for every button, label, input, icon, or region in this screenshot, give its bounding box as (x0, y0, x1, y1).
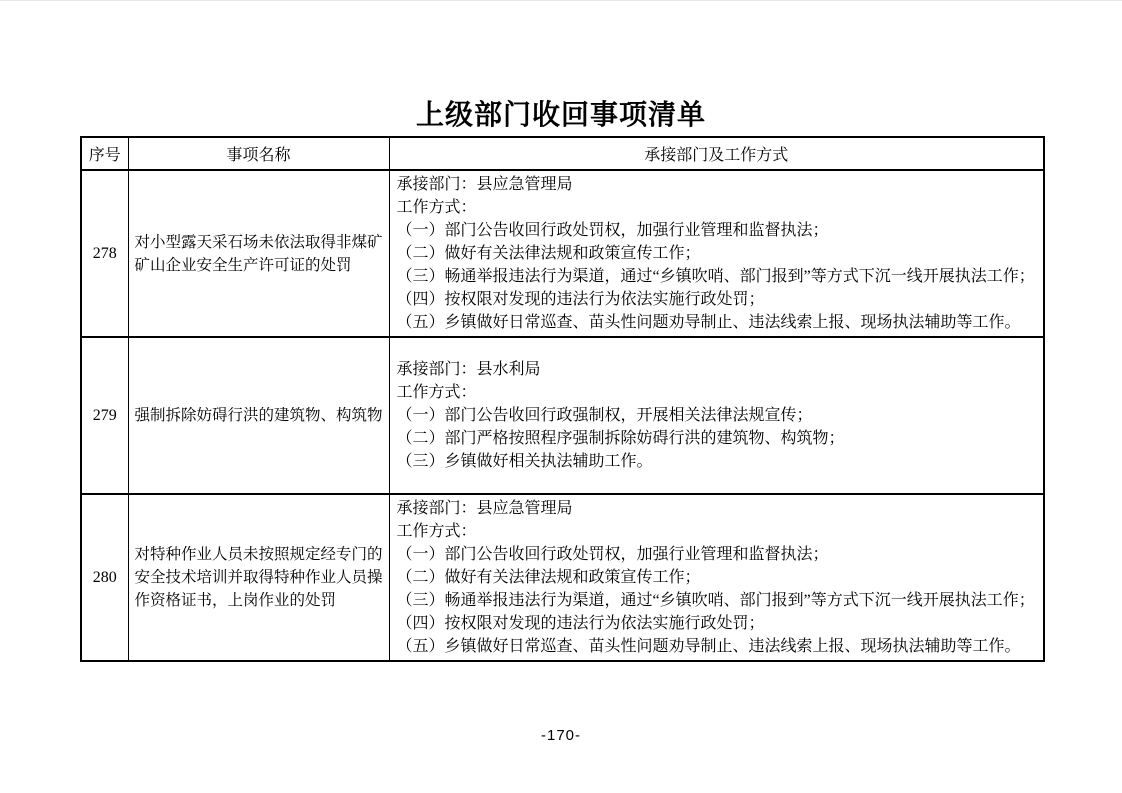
detail-department: 承接部门：县水利局 (397, 358, 1038, 381)
detail-department: 承接部门：县应急管理局 (397, 497, 1038, 520)
detail-method: （二）部门严格按照程序强制拆除妨碍行洪的建筑物、构筑物； (397, 427, 1038, 450)
detail-method: （一）部门公告收回行政处罚权，加强行业管理和监督执法； (397, 219, 1038, 242)
table-row-280: 280 对特种作业人员未按照规定经专门的安全技术培训并取得特种作业人员操作资格证… (81, 494, 1044, 661)
detail-method-label: 工作方式： (397, 520, 1038, 543)
detail-method: （二）做好有关法律法规和政策宣传工作； (397, 566, 1038, 589)
col-header-detail: 承接部门及工作方式 (389, 137, 1044, 170)
col-header-no: 序号 (81, 137, 128, 170)
col-header-name: 事项名称 (128, 137, 389, 170)
detail-method: （五）乡镇做好日常巡查、苗头性问题劝导制止、违法线索上报、现场执法辅助等工作。 (397, 311, 1038, 334)
detail-method: （二）做好有关法律法规和政策宣传工作； (397, 242, 1038, 265)
table-row-278: 278 对小型露天采石场未依法取得非煤矿矿山企业安全生产许可证的处罚 承接部门：… (81, 170, 1044, 337)
detail-method: （三）畅通举报违法行为渠道，通过“乡镇吹哨、部门报到”等方式下沉一线开展执法工作… (397, 265, 1038, 288)
detail-department: 承接部门：县应急管理局 (397, 173, 1038, 196)
detail-method: （四）按权限对发现的违法行为依法实施行政处罚； (397, 288, 1038, 311)
items-table: 序号 事项名称 承接部门及工作方式 278 对小型露天采石场未依法取得非煤矿矿山… (80, 136, 1045, 662)
item-name: 对特种作业人员未按照规定经专门的安全技术培训并取得特种作业人员操作资格证书，上岗… (128, 494, 389, 661)
table-header-row: 序号 事项名称 承接部门及工作方式 (81, 137, 1044, 170)
detail-method: （四）按权限对发现的违法行为依法实施行政处罚； (397, 612, 1038, 635)
item-name: 对小型露天采石场未依法取得非煤矿矿山企业安全生产许可证的处罚 (128, 170, 389, 337)
detail-method: （一）部门公告收回行政处罚权，加强行业管理和监督执法； (397, 543, 1038, 566)
item-detail: 承接部门：县水利局 工作方式： （一）部门公告收回行政强制权，开展相关法律法规宣… (389, 337, 1044, 494)
row-number: 279 (81, 337, 128, 494)
page-number: -170- (0, 727, 1122, 744)
detail-method: （五）乡镇做好日常巡查、苗头性问题劝导制止、违法线索上报、现场执法辅助等工作。 (397, 635, 1038, 658)
detail-method: （三）畅通举报违法行为渠道，通过“乡镇吹哨、部门报到”等方式下沉一线开展执法工作… (397, 589, 1038, 612)
detail-method: （一）部门公告收回行政强制权，开展相关法律法规宣传； (397, 404, 1038, 427)
item-name: 强制拆除妨碍行洪的建筑物、构筑物 (128, 337, 389, 494)
document-page: 上级部门收回事项清单 序号 事项名称 承接部门及工作方式 278 对小型露天采石… (0, 0, 1122, 793)
row-number: 280 (81, 494, 128, 661)
table-row-279: 279 强制拆除妨碍行洪的建筑物、构筑物 承接部门：县水利局 工作方式： （一）… (81, 337, 1044, 494)
detail-method-label: 工作方式： (397, 381, 1038, 404)
row-number: 278 (81, 170, 128, 337)
detail-method: （三）乡镇做好相关执法辅助工作。 (397, 450, 1038, 473)
item-detail: 承接部门：县应急管理局 工作方式： （一）部门公告收回行政处罚权，加强行业管理和… (389, 494, 1044, 661)
detail-method-label: 工作方式： (397, 196, 1038, 219)
page-title: 上级部门收回事项清单 (0, 93, 1122, 133)
item-detail: 承接部门：县应急管理局 工作方式： （一）部门公告收回行政处罚权，加强行业管理和… (389, 170, 1044, 337)
